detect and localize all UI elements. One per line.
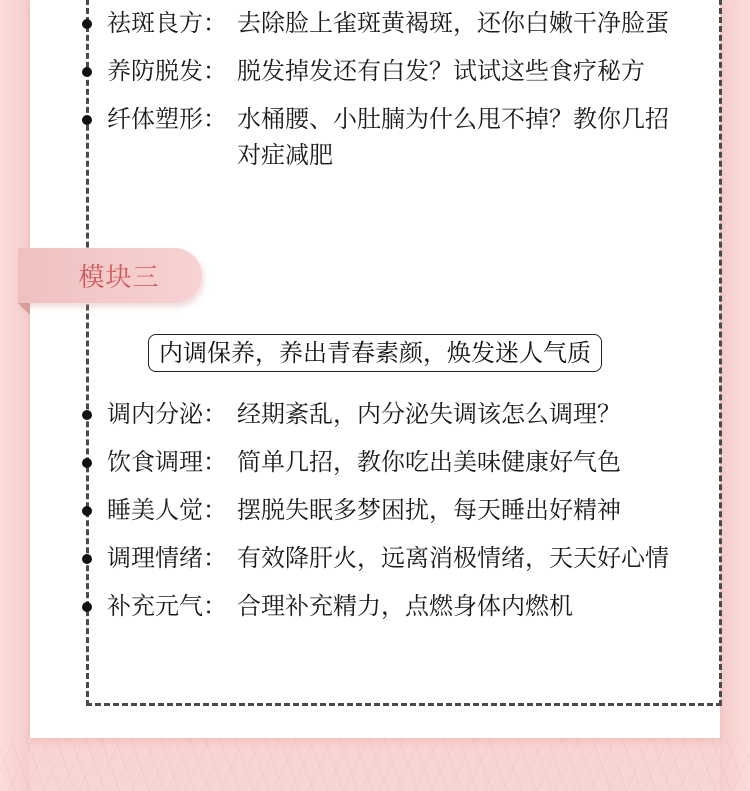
item-description: 水桶腰、小肚腩为什么甩不掉？教你几招对症减肥 [237,101,690,173]
list-item: 睡美人觉： 摆脱失眠多梦困扰，每天睡出好精神 [80,492,690,528]
previous-module-list: 祛斑良方： 去除脸上雀斑黄褐斑，还你白嫩干净脸蛋 养防脱发： 脱发掉发还有白发？… [80,5,690,185]
item-label: 睡美人觉： [107,492,237,528]
item-label: 祛斑良方： [107,5,237,41]
bullet-icon [82,506,92,516]
list-item: 祛斑良方： 去除脸上雀斑黄褐斑，还你白嫩干净脸蛋 [80,5,690,41]
list-item: 调内分泌： 经期紊乱，内分泌失调该怎么调理？ [80,396,690,432]
background-right-strip [720,0,750,791]
item-description: 经期紊乱，内分泌失调该怎么调理？ [237,396,690,432]
module-subtitle: 内调保养，养出青春素颜，焕发迷人气质 [148,334,602,372]
ribbon-fold [18,303,30,315]
item-description: 去除脸上雀斑黄褐斑，还你白嫩干净脸蛋 [237,5,690,41]
bullet-icon [82,554,92,564]
item-label: 纤体塑形： [107,101,237,173]
list-item: 纤体塑形： 水桶腰、小肚腩为什么甩不掉？教你几招对症减肥 [80,101,690,173]
bullet-icon [82,410,92,420]
background-left-strip [0,0,30,791]
bullet-icon [82,602,92,612]
list-item: 调理情绪： 有效降肝火，远离消极情绪，天天好心情 [80,540,690,576]
item-label: 调理情绪： [107,540,237,576]
module3-list: 调内分泌： 经期紊乱，内分泌失调该怎么调理？ 饮食调理： 简单几招，教你吃出美味… [80,396,690,636]
item-description: 摆脱失眠多梦困扰，每天睡出好精神 [237,492,690,528]
bullet-icon [82,458,92,468]
module-title: 模块三 [78,257,159,294]
list-item: 补充元气： 合理补充精力，点燃身体内燃机 [80,588,690,624]
bullet-icon [82,67,92,77]
bullet-icon [82,115,92,125]
background-line-pattern [0,738,750,791]
bullet-icon [82,19,92,29]
item-description: 合理补充精力，点燃身体内燃机 [237,588,690,624]
item-label: 养防脱发： [107,53,237,89]
item-description: 脱发掉发还有白发？试试这些食疗秘方 [237,53,690,89]
item-label: 饮食调理： [107,444,237,480]
module-subtitle-wrap: 内调保养，养出青春素颜，焕发迷人气质 [0,334,750,372]
item-description: 简单几招，教你吃出美味健康好气色 [237,444,690,480]
item-description: 有效降肝火，远离消极情绪，天天好心情 [237,540,690,576]
module-ribbon: 模块三 [18,248,202,303]
item-label: 补充元气： [107,588,237,624]
item-label: 调内分泌： [107,396,237,432]
list-item: 饮食调理： 简单几招，教你吃出美味健康好气色 [80,444,690,480]
list-item: 养防脱发： 脱发掉发还有白发？试试这些食疗秘方 [80,53,690,89]
